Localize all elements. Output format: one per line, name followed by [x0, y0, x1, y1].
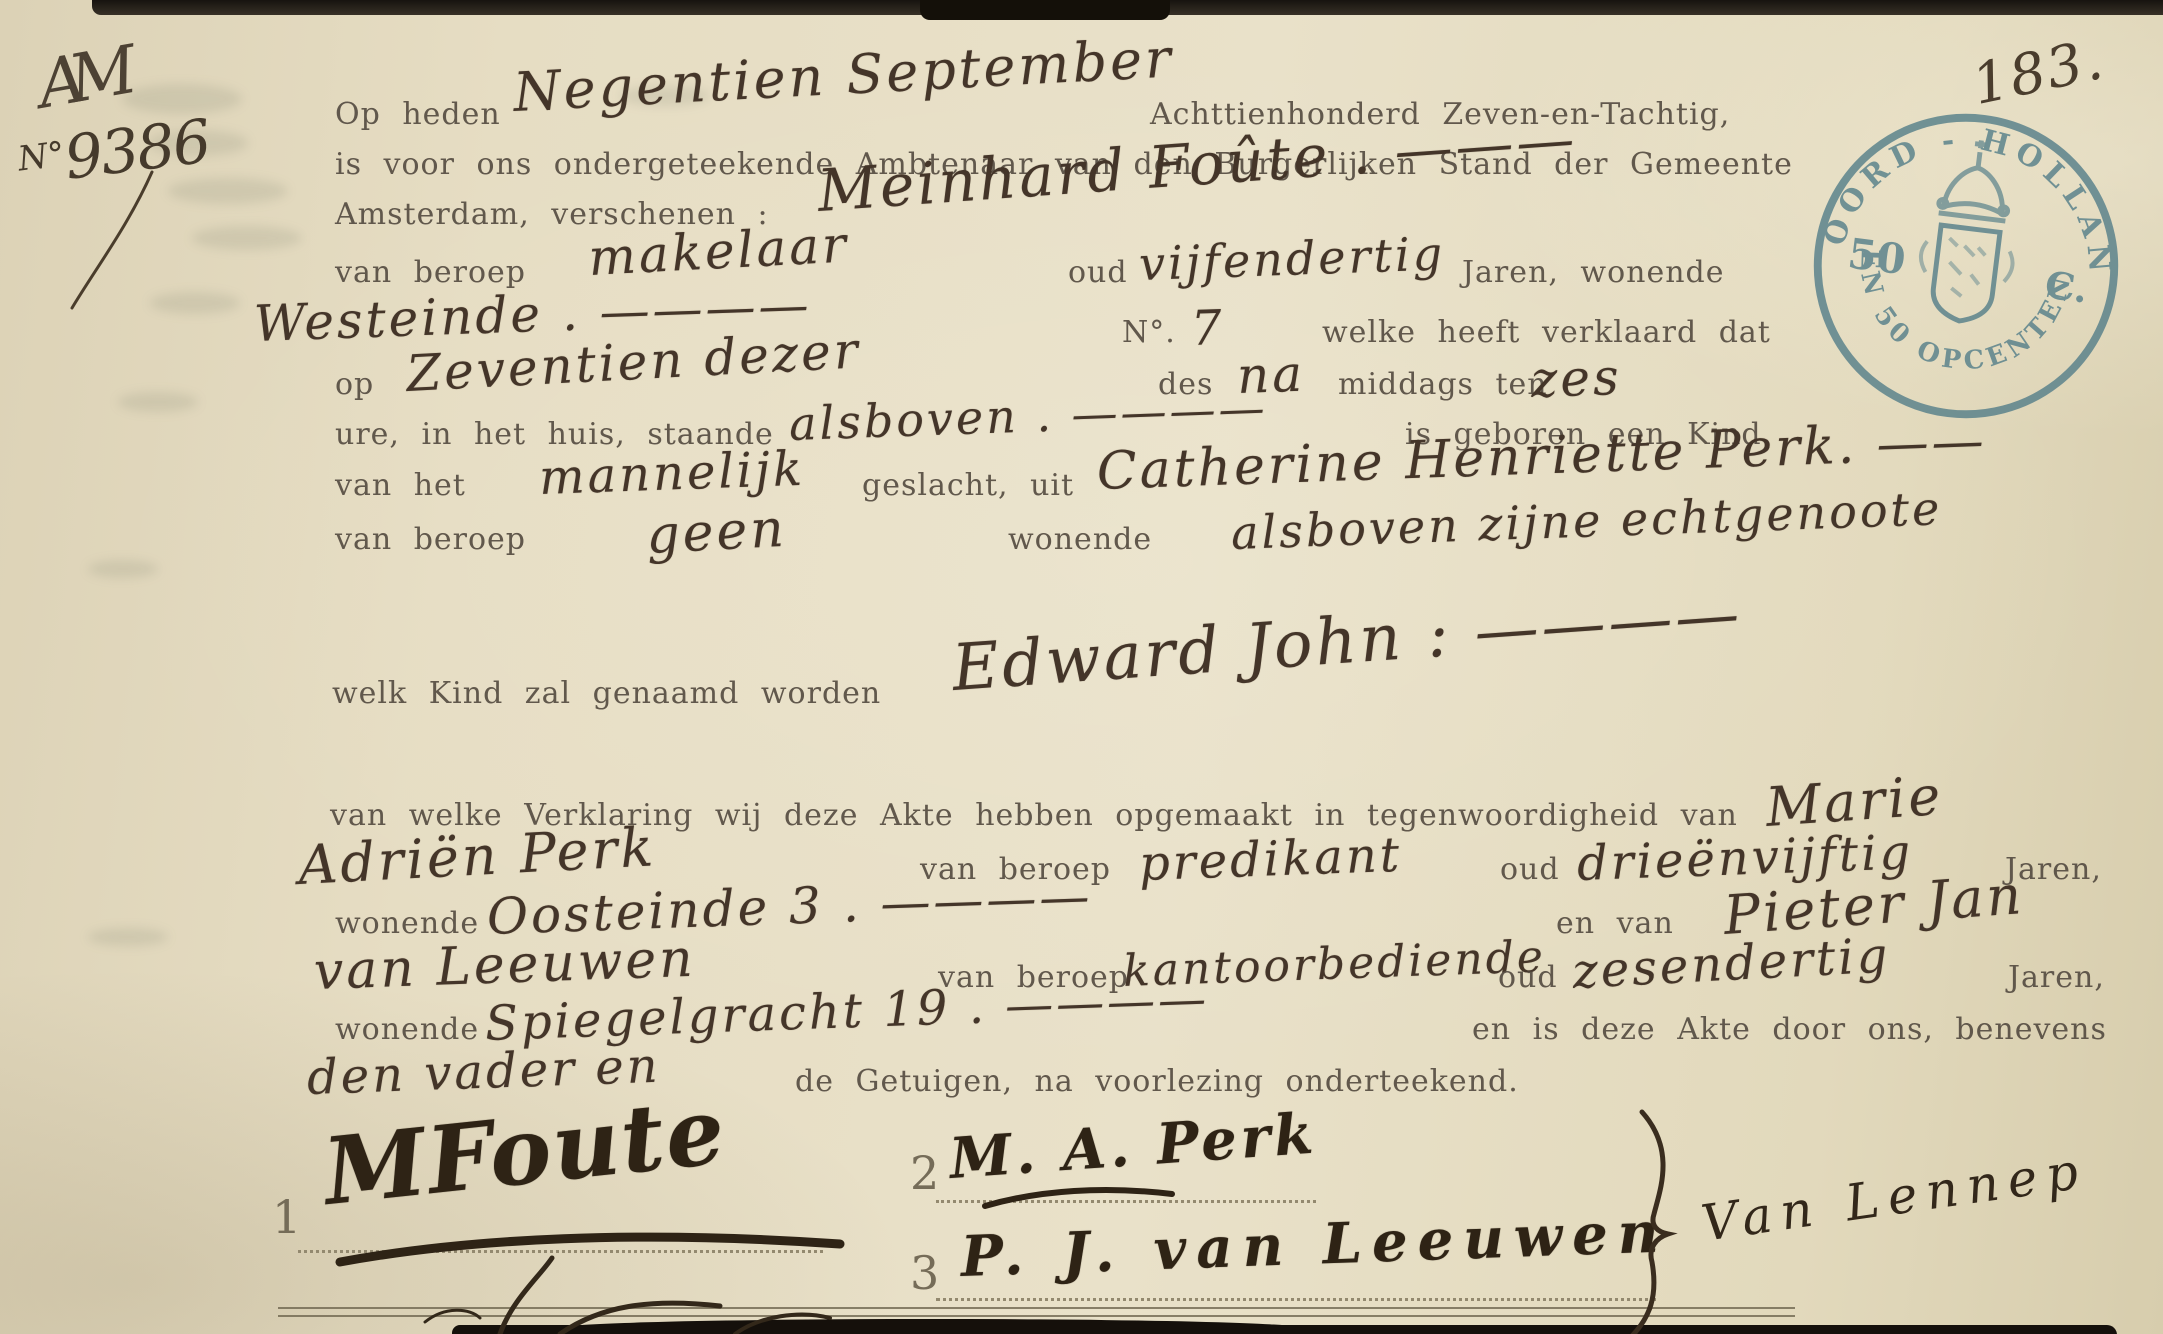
printed-text: geslacht, uit — [862, 468, 1074, 503]
signature-3-line — [936, 1298, 1656, 1301]
stamp-value-left: 50 — [1845, 229, 1908, 285]
signature-2-line — [936, 1200, 1316, 1203]
bleed-mark — [192, 226, 302, 250]
act-number-prefix: N° — [16, 134, 67, 179]
handwritten-entry: vijfendertig — [1138, 226, 1446, 291]
handwritten-entry: Negentien September — [512, 26, 1176, 124]
printed-text: oud — [1498, 960, 1558, 995]
printed-text: van beroep — [335, 255, 526, 290]
stamp-shield-icon — [1914, 223, 2017, 326]
bleed-mark — [88, 560, 158, 578]
stamp-value-right: C. — [2043, 263, 2090, 312]
printed-text: de Getuigen, na voorlezing onderteekend. — [795, 1064, 1519, 1099]
handwritten-entry: mannelijk — [538, 441, 806, 506]
printed-text: oud — [1500, 852, 1560, 887]
printed-text: N°. — [1122, 315, 1176, 350]
handwritten-entry: makelaar — [587, 215, 850, 287]
printed-text: van het — [335, 468, 466, 503]
printed-text: welk Kind zal genaamd worden — [332, 676, 881, 711]
printed-text: en van — [1556, 906, 1674, 941]
printed-text: wonende — [1008, 522, 1152, 557]
bleed-mark — [118, 392, 198, 412]
scan-top-edge — [92, 0, 2163, 15]
bleed-mark — [168, 178, 288, 204]
signature-2-underline — [985, 1190, 1172, 1206]
signature-registrar: Van Lennep — [1698, 1141, 2091, 1252]
printed-text: oud — [1068, 255, 1128, 290]
printed-text: middags ten — [1338, 367, 1548, 402]
signature-1-number: 1 — [272, 1190, 301, 1244]
next-record-edge — [452, 1325, 2117, 1334]
printed-text: van beroep — [335, 522, 526, 557]
printed-text: wonende — [335, 906, 479, 941]
birth-certificate-scan: AM N°9386 183. NOORD - HOLLAND EN 50 OPC… — [0, 0, 2163, 1334]
signature-witness-2: P. J. van Leeuwen — [960, 1199, 1670, 1290]
signature-3-number: 3 — [910, 1246, 939, 1300]
handwritten-entry: 7 — [1190, 300, 1225, 357]
handwritten-entry: zes — [1530, 348, 1623, 409]
printed-text: en is deze Akte door ons, benevens — [1472, 1012, 2107, 1047]
printed-text: welke heeft verklaard dat — [1322, 315, 1771, 350]
printed-text: Jaren, wonende — [1462, 255, 1725, 290]
signature-witness-1: M. A. Perk — [947, 1100, 1319, 1192]
bleed-mark — [150, 292, 240, 314]
printed-text: wonende — [335, 1012, 479, 1047]
handwritten-entry: geen — [645, 499, 788, 566]
handwritten-entry: Edward John : ———— — [950, 577, 1745, 706]
signature-1-line — [298, 1250, 823, 1253]
printed-text: Op heden — [335, 97, 501, 132]
bottom-rule-2 — [278, 1315, 1795, 1317]
printed-text: Jaren, — [2008, 960, 2105, 995]
bleed-mark — [88, 928, 168, 946]
margin-monogram: AM — [32, 33, 127, 123]
handwritten-entry: predikant — [1138, 827, 1403, 892]
bottom-rule-1 — [278, 1307, 1795, 1309]
cutoff-stroke — [500, 1258, 552, 1334]
printed-text: op — [335, 367, 374, 402]
margin-pen-tail — [72, 172, 152, 308]
revenue-stamp: NOORD - HOLLAND EN 50 OPCENTEN 50 C. — [1779, 79, 2153, 453]
signature-2-number: 2 — [910, 1146, 939, 1200]
